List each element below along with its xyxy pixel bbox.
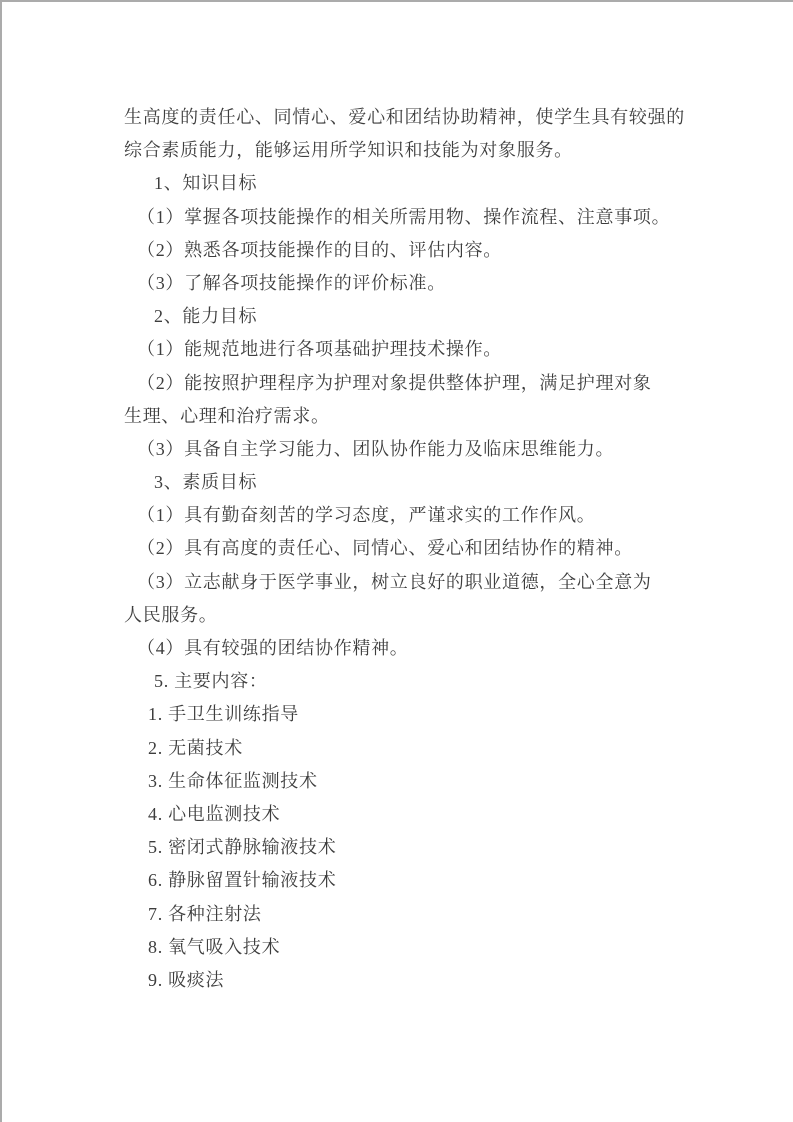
- text-line: 2. 无菌技术: [148, 732, 773, 765]
- text-line: （3）具备自主学习能力、团队协作能力及临床思维能力。: [137, 433, 773, 466]
- text-line: 6. 静脉留置针输液技术: [148, 864, 773, 897]
- text-line: （4）具有较强的团结协作精神。: [137, 632, 773, 665]
- text-line: 3. 生命体征监测技术: [148, 765, 773, 798]
- text-line: 7. 各种注射法: [148, 898, 773, 931]
- document-page: 生高度的责任心、同情心、爱心和团结协助精神，使学生具有较强的综合素质能力，能够运…: [0, 0, 793, 1122]
- text-line: （1）具有勤奋刻苦的学习态度，严谨求实的工作作风。: [137, 499, 773, 532]
- text-line: 5. 主要内容：: [154, 665, 773, 698]
- text-line: 生高度的责任心、同情心、爱心和团结协助精神，使学生具有较强的: [124, 101, 773, 134]
- text-line: 4. 心电监测技术: [148, 798, 773, 831]
- text-line: （1）能规范地进行各项基础护理技术操作。: [137, 333, 773, 366]
- text-line: 1. 手卫生训练指导: [148, 698, 773, 731]
- text-line: 5. 密闭式静脉输液技术: [148, 831, 773, 864]
- text-line: 人民服务。: [124, 599, 773, 632]
- text-line: 3、素质目标: [154, 466, 773, 499]
- text-line: 2、能力目标: [154, 300, 773, 333]
- text-line: （2）能按照护理程序为护理对象提供整体护理，满足护理对象: [137, 367, 773, 400]
- text-line: （2）具有高度的责任心、同情心、爱心和团结协作的精神。: [137, 532, 773, 565]
- document-body: 生高度的责任心、同情心、爱心和团结协助精神，使学生具有较强的综合素质能力，能够运…: [124, 101, 773, 997]
- text-line: （2）熟悉各项技能操作的目的、评估内容。: [137, 234, 773, 267]
- text-line: 8. 氧气吸入技术: [148, 931, 773, 964]
- text-line: 生理、心理和治疗需求。: [124, 400, 773, 433]
- text-line: 1、知识目标: [154, 167, 773, 200]
- text-line: （3）立志献身于医学事业，树立良好的职业道德，全心全意为: [137, 566, 773, 599]
- text-line: 综合素质能力，能够运用所学知识和技能为对象服务。: [124, 134, 773, 167]
- text-line: （1）掌握各项技能操作的相关所需用物、操作流程、注意事项。: [137, 201, 773, 234]
- text-line: 9. 吸痰法: [148, 964, 773, 997]
- text-line: （3）了解各项技能操作的评价标准。: [137, 267, 773, 300]
